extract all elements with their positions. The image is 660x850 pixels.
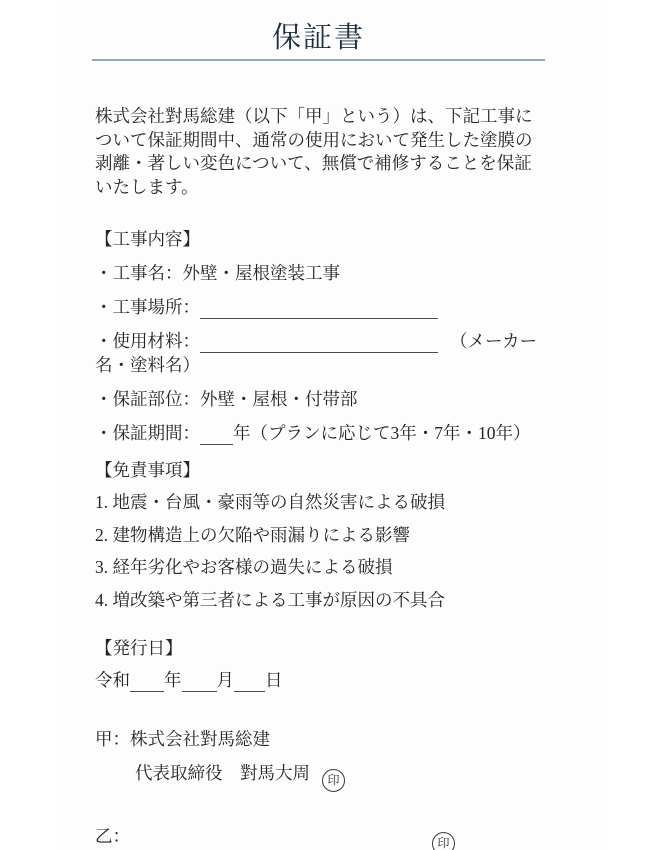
work-item-parts: ・保証部位：外壁・屋根・付帯部 <box>95 387 608 411</box>
issue-year-unit: 年 <box>164 670 182 690</box>
issue-era-label: 令和 <box>95 670 130 690</box>
intro-line-4: いたします。 <box>95 176 608 200</box>
work-item-place: ・工事場所： <box>95 295 608 319</box>
intro-line-2: ついて保証期間中、通常の使用において発生した塗膜の <box>95 129 608 153</box>
work-period-label: ・保証期間： <box>95 423 200 443</box>
intro-line-1: 株式会社對馬総建（以下「甲」という）は、下記工事に <box>95 105 608 129</box>
disclaimer-list: 1. 地震・台風・豪雨等の自然災害による破損 2. 建物構造上の欠陥や雨漏りによ… <box>95 491 608 612</box>
disclaimer-item-4: 4. 増改築や第三者による工事が原因の不具合 <box>95 589 608 613</box>
issue-month-blank <box>182 674 217 693</box>
work-place-blank-line <box>200 301 438 320</box>
work-material-wrap: 名・塗料名） <box>95 353 608 377</box>
title-block: 保証書 <box>92 22 545 61</box>
party-kou-representative-line: 代表取締役 對馬大周印 <box>135 761 608 792</box>
party-kou-line: 甲：株式会社對馬総建 <box>95 727 608 751</box>
kou-seal-mark-icon: 印 <box>322 769 345 792</box>
party-otsu-label: 乙： <box>95 826 130 846</box>
work-material-label: ・使用材料： <box>95 331 200 351</box>
intro-paragraph: 株式会社對馬総建（以下「甲」という）は、下記工事に ついて保証期間中、通常の使用… <box>95 105 608 199</box>
work-material-suffix: （メーカー <box>450 331 537 351</box>
section-heading-work-details: 【工事内容】 <box>95 227 608 251</box>
document-title: 保証書 <box>92 22 545 54</box>
work-item-material: ・使用材料：（メーカー <box>95 329 608 353</box>
section-heading-issue-date: 【発行日】 <box>95 636 608 660</box>
work-period-suffix: 年（プランに応じて3年・7年・10年） <box>233 423 531 443</box>
party-otsu-line: 乙：印 <box>95 824 608 850</box>
work-period-blank-line <box>200 427 233 446</box>
work-material-blank-line <box>200 335 438 354</box>
issue-date-line: 令和年月日 <box>95 668 608 692</box>
work-item-period: ・保証期間：年（プランに応じて3年・7年・10年） <box>95 421 608 445</box>
page-content: 保証書 株式会社對馬総建（以下「甲」という）は、下記工事に ついて保証期間中、通… <box>55 0 608 850</box>
disclaimer-item-2: 2. 建物構造上の欠陥や雨漏りによる影響 <box>95 524 608 548</box>
work-parts-value: 外壁・屋根・付帯部 <box>200 389 358 409</box>
issue-year-blank <box>130 674 164 693</box>
intro-line-3: 剥離・著しい変色について、無償で補修することを保証 <box>95 152 608 176</box>
work-parts-label: ・保証部位： <box>95 389 200 409</box>
disclaimer-item-1: 1. 地震・台風・豪雨等の自然災害による破損 <box>95 491 608 515</box>
work-item-name: ・工事名：外壁・屋根塗装工事 <box>95 261 608 285</box>
issue-day-blank <box>234 674 265 693</box>
otsu-seal-mark-icon: 印 <box>432 832 455 850</box>
party-kou-representative: 代表取締役 對馬大周 <box>135 763 310 783</box>
disclaimer-item-3: 3. 経年劣化やお客様の過失による破損 <box>95 556 608 580</box>
issue-month-unit: 月 <box>217 670 235 690</box>
section-heading-disclaimer: 【免責事項】 <box>95 458 608 482</box>
work-name-label: ・工事名： <box>95 263 183 283</box>
document-page: 保証書 株式会社對馬総建（以下「甲」という）は、下記工事に ついて保証期間中、通… <box>55 0 608 850</box>
otsu-signature-blank-line <box>130 837 412 850</box>
work-name-value: 外壁・屋根塗装工事 <box>183 263 341 283</box>
work-place-label: ・工事場所： <box>95 297 200 317</box>
issue-day-unit: 日 <box>265 670 283 690</box>
